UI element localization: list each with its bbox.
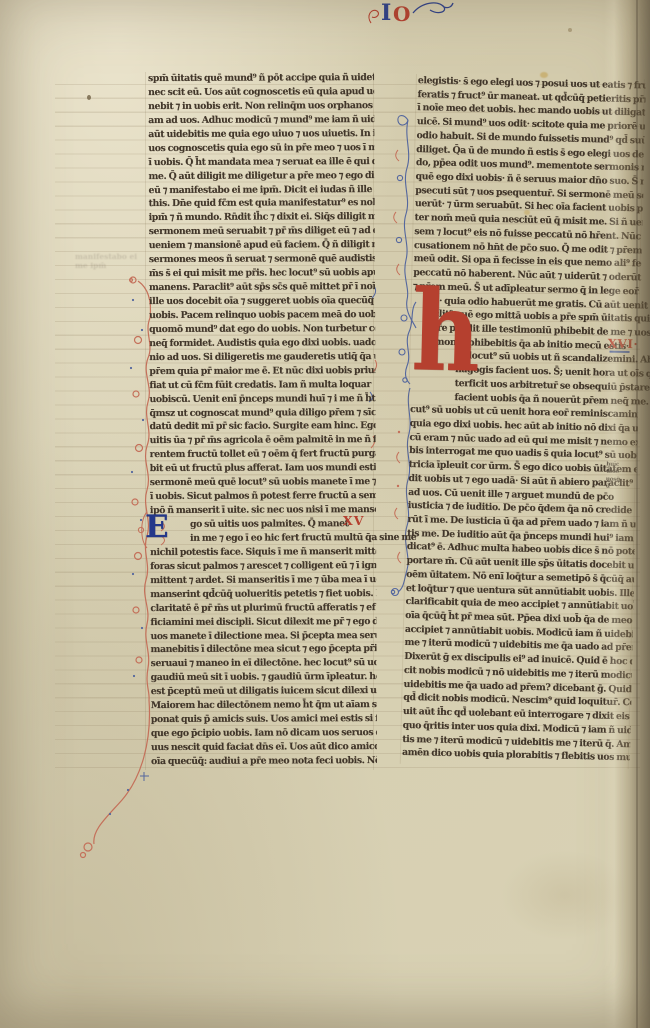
stain [30,560,90,800]
manuscript-text-line: nio ad uos. Si diligeretis me gauderetis… [149,350,375,365]
manuscript-text-line: ueniem ⁊ mansionē apud eū faciem. Q̄ ñ d… [149,238,375,253]
manuscript-text-line: datū dedit mī pr̄ sic facio. Surgite eam… [150,419,376,434]
manuscript-text-line: go sū uitis uos palmites. Q̄ manet [150,517,416,532]
manuscript-text-line: quomō mund⁹ dat ego do uobis. Non turbet… [149,322,375,337]
manuscript-text-line: uobiscū. Uenit enī p̄nceps mundi huī ⁊ i… [149,392,375,407]
manuscript-text-line: oīa quecūq̄: audiui a pr̄e meo nota feci… [151,754,377,769]
manuscript-text-line: uus nescit quid faciat dn̄s eī. Uos aūt … [151,740,377,755]
manuscript-text-line: nebit ⁊ in uobis erit. Non relinq̄m uos … [148,99,374,114]
manuscript-text-line: in me ⁊ ego ī eo hic fert fructū multū q… [150,531,416,546]
erased-marginal-note: manifestabo ei me ipm̄ [75,252,147,270]
stain [568,28,572,32]
manuscript-text-line: ficiamini mei discipli. Sicut dilexit me… [150,615,376,630]
left-margin-penwork [81,277,151,858]
manuscript-text-line: mittent ⁊ ardet. Si manseritis ī me ⁊ ūb… [150,573,376,588]
manuscript-text-line: uitis ūa ⁊ pr̄ m̄s agricola ē oēm palmit… [150,433,376,448]
manuscript-text-line: claritatē ē pr̄ m̄s ut plurimū fructū af… [150,601,376,616]
manuscript-text-line: seruaui ⁊ maneo in eī dilectōne. hec loc… [151,656,377,671]
manuscript-text-line: que ego p̄cipio uobis. Iam nō dicam uos … [151,726,377,741]
manuscript-text-line: me. Q̄ aūt diligit me diligetur a pr̄e m… [148,169,374,184]
illuminated-initial-e: E [145,512,169,543]
manuscript-text-line: aūt uidebitis me quia ego uiuo ⁊ uos uiu… [148,127,374,142]
manuscript-text-line: est p̄ceptū meū ut diligatis iuicem sicu… [151,684,377,699]
manuscript-text-line: ipm̄ ⁊ ñ mundo. Rn̄dit ih̄c ⁊ dixit ei. … [149,210,375,225]
manuscript-text-line: uobis. Pacem relinquo uobis pacem meā do… [149,308,375,323]
manuscript-text-line: eū ⁊ manifestabo ei me ipm̄. Dicit ei iu… [148,183,374,198]
manuscript-text-line: uos cognoscetis quia ego sū in pr̄e meo … [148,141,374,156]
manuscript-text-line: manserint qd̄cūq̄ uolueritis petetis ⁊ f… [150,587,376,602]
left-margin-penwork-dots [109,299,144,815]
manuscript-text-line: sermonem meū seruabit ⁊ pr̄ m̄s diliget … [149,224,375,239]
manuscript-text-line: ille uos docebit oīa ⁊ suggeret uobis oī… [149,294,375,309]
manuscript-text-line: Maiorem hac dilectōnem nemo h̄t q̄m ut a… [151,698,377,713]
manuscript-text-line: m̄s s̄ ei qui misit me pr̄is. hec locut⁹… [149,266,375,281]
manuscript-text-line: am ad uos. Adhuc modicū ⁊ mund⁹ me iam ñ… [148,113,374,128]
manuscript-page: I O manifestabo ei me ipm̄ spm̄ ūitatis … [0,0,650,1028]
stain [87,95,91,100]
manuscript-text-line: manebitis ī dilectōne mea sicut ⁊ ego p̄… [150,642,376,657]
manuscript-text-line: manens. Paraclit⁹ aūt sp̄s sc̄s quē mitt… [149,280,375,295]
manuscript-text-line: spm̄ ūitatis quē mund⁹ ñ pōt accipe quia… [148,71,374,86]
right-text-column: elegistis· s̄ ego elegi uos ⁊ posui uos … [402,74,646,769]
manuscript-text-line: bit eū ut fructū plus afferat. Iam uos m… [150,461,376,476]
manuscript-text-line: sermonē meū quē locut⁹ sū uobis manete ī… [150,475,376,490]
manuscript-text-line: pr̄em quia pr̄ maior me ē. Et nūc dixi u… [149,364,375,379]
manuscript-text-line: gaudiū meū sit ī uobis. ⁊ gaudiū ūrm īpl… [151,670,377,685]
manuscript-text-line: foras sicut palmos ⁊ arescet ⁊ colligent… [150,559,376,574]
running-title-letter-o: O [393,2,410,26]
manuscript-text-line: nec scit eū. Uos aūt cognoscetis eū quia… [148,85,374,100]
manuscript-text-line: ī uobis. Sicut palmos ñ potest ferre fru… [150,489,376,504]
running-title: I O [360,0,455,30]
manuscript-text-line: ponat quis p̄ amicis suis. Uos amici mei… [151,712,377,727]
manuscript-text-line: ū [606,484,646,492]
manuscript-text-line: fiat ut cū fc̄m fūit credatis. Iam ñ mul… [149,378,375,393]
running-title-letter-i: I [381,0,391,26]
left-margin-blue-knot [140,772,149,781]
marginal-gloss: huīcuid̄euosq̄ū [606,462,647,493]
left-text-column: spm̄ ūitatis quē mund⁹ ñ pōt accipe quia… [148,71,377,772]
manuscript-text-line: ī uobis. Q̄ h̄t mandata mea ⁊ seruat ea … [148,155,374,170]
stain [500,850,630,940]
column-rule [145,72,146,770]
chapter-number-xv: XV [343,513,364,528]
manuscript-text-line: sermones meos ñ seruat ⁊ sermonē quē aud… [149,252,375,267]
intercolumn-penwork-upper-red [394,150,400,275]
manuscript-text-line: nichil potestis face. Siquis ī me ñ mans… [150,545,376,560]
manuscript-text-line: uos manete ī dilectione mea. Si p̄cepta … [150,629,376,644]
manuscript-text-line: neq̄ formidet. Audistis quia ego dixi uo… [149,336,375,351]
manuscript-text-line: q̄msz ut cognoscat mund⁹ quia diligo pr̄… [149,406,375,421]
manuscript-text-line: this. Dn̄e quid fc̄m est quia manifestat… [149,196,375,211]
manuscript-text-line: rentem fructū tollet eū ⁊ oēm q̄ fert fr… [150,447,376,462]
